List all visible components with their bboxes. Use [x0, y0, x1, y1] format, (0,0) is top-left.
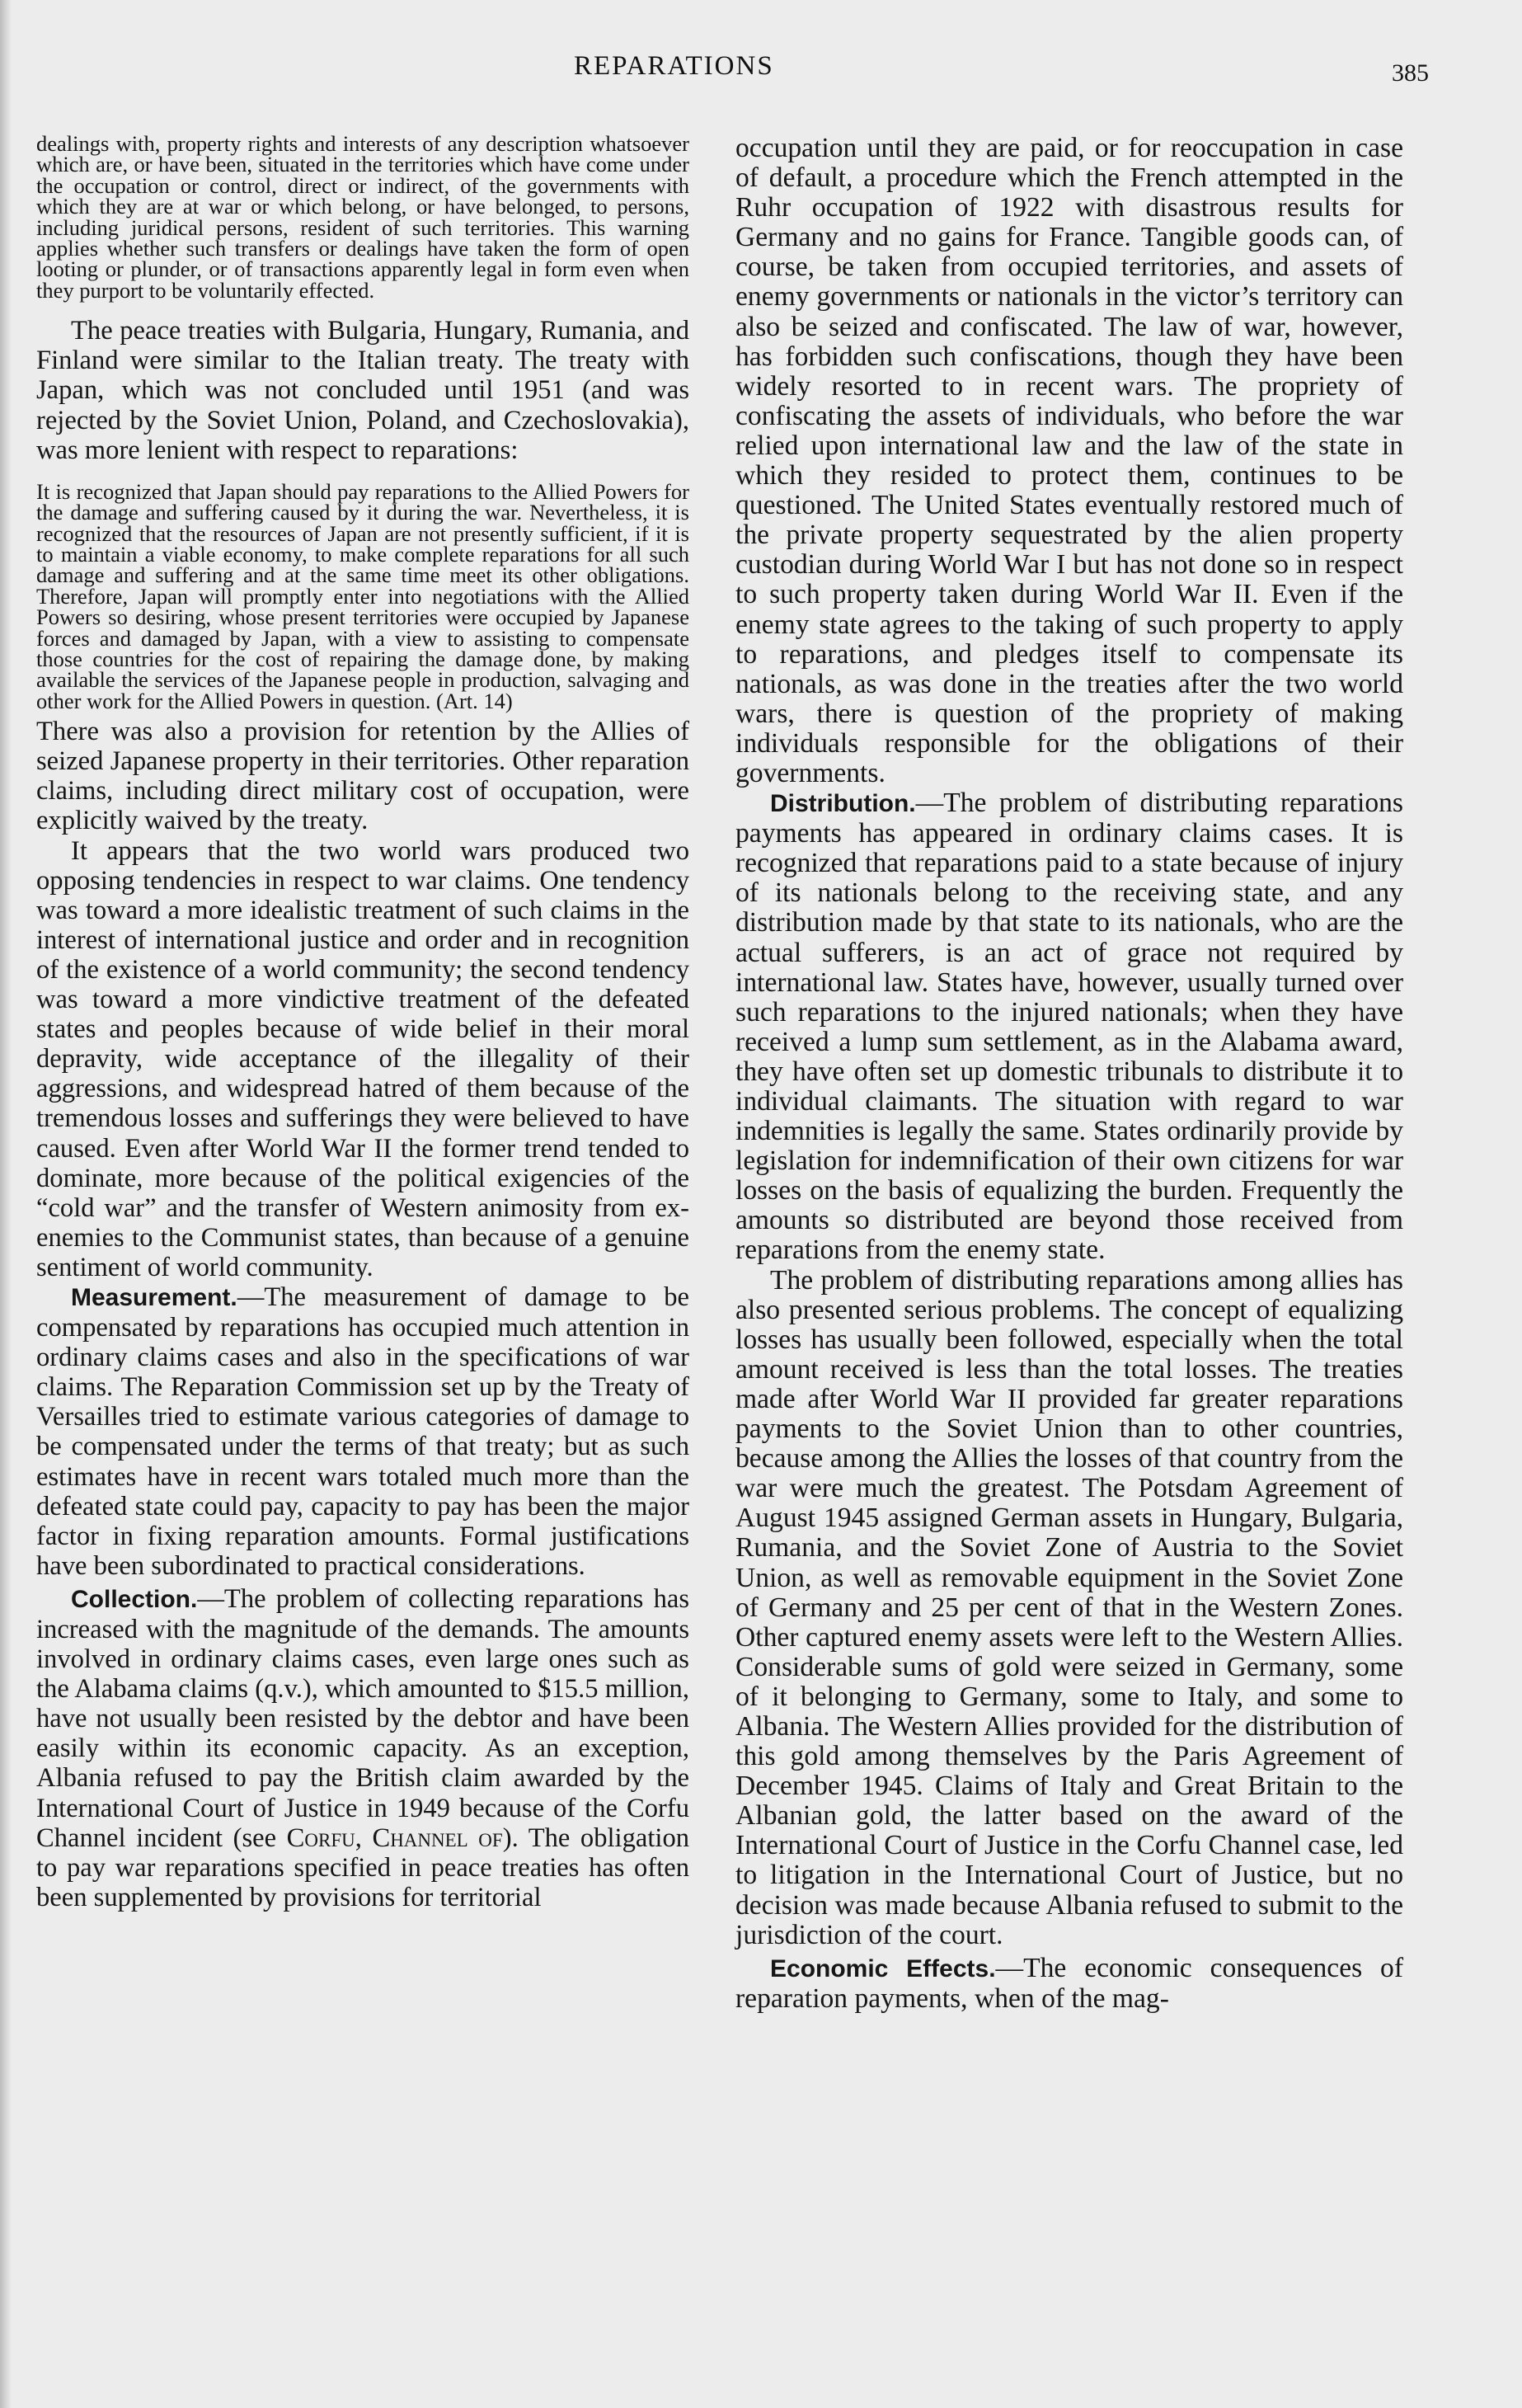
section-heading-measurement: Measurement. [71, 1284, 237, 1311]
section-distribution: Distribution.—The problem of distributin… [735, 788, 1403, 1266]
section-economic-effects: Economic Effects.—The economic consequen… [735, 1954, 1403, 2014]
running-title: REPARATIONS [574, 51, 774, 82]
section-heading-collection: Collection. [71, 1586, 197, 1613]
paragraph-allies: The problem of distributing reparations … [735, 1266, 1403, 1950]
paragraph-occupation: occupation until they are paid, or for r… [735, 134, 1403, 788]
left-column: dealings with, property rights and inter… [36, 134, 689, 1912]
section-measurement: Measurement.—The measurement of damage t… [36, 1282, 689, 1581]
block-quote-japan-treaty: It is recognized that Japan should pay r… [36, 482, 689, 712]
paragraph-tendencies: It appears that the two world wars produ… [36, 836, 689, 1282]
paragraph-peace-treaties: The peace treaties with Bulgaria, Hungar… [36, 316, 689, 464]
block-quote-continuation: dealings with, property rights and inter… [36, 134, 689, 301]
right-column: occupation until they are paid, or for r… [735, 134, 1403, 2014]
page-number: 385 [1392, 59, 1429, 87]
cross-reference-corfu: Corfu, Channel of [287, 1823, 503, 1853]
paragraph-retention: There was also a provision for retention… [36, 717, 689, 835]
section-body-collection: —The problem of collecting reparations h… [36, 1584, 689, 1853]
section-body-distribution: —The problem of distributing reparations… [735, 788, 1403, 1265]
section-heading-distribution: Distribution. [770, 790, 916, 817]
section-heading-economic-effects: Economic Effects. [770, 1955, 996, 1982]
section-body-measurement: —The measurement of damage to be compens… [36, 1282, 689, 1581]
running-header: REPARATIONS 385 [0, 51, 1522, 92]
section-collection: Collection.—The problem of collecting re… [36, 1584, 689, 1912]
page-edge-shadow [0, 0, 12, 2408]
